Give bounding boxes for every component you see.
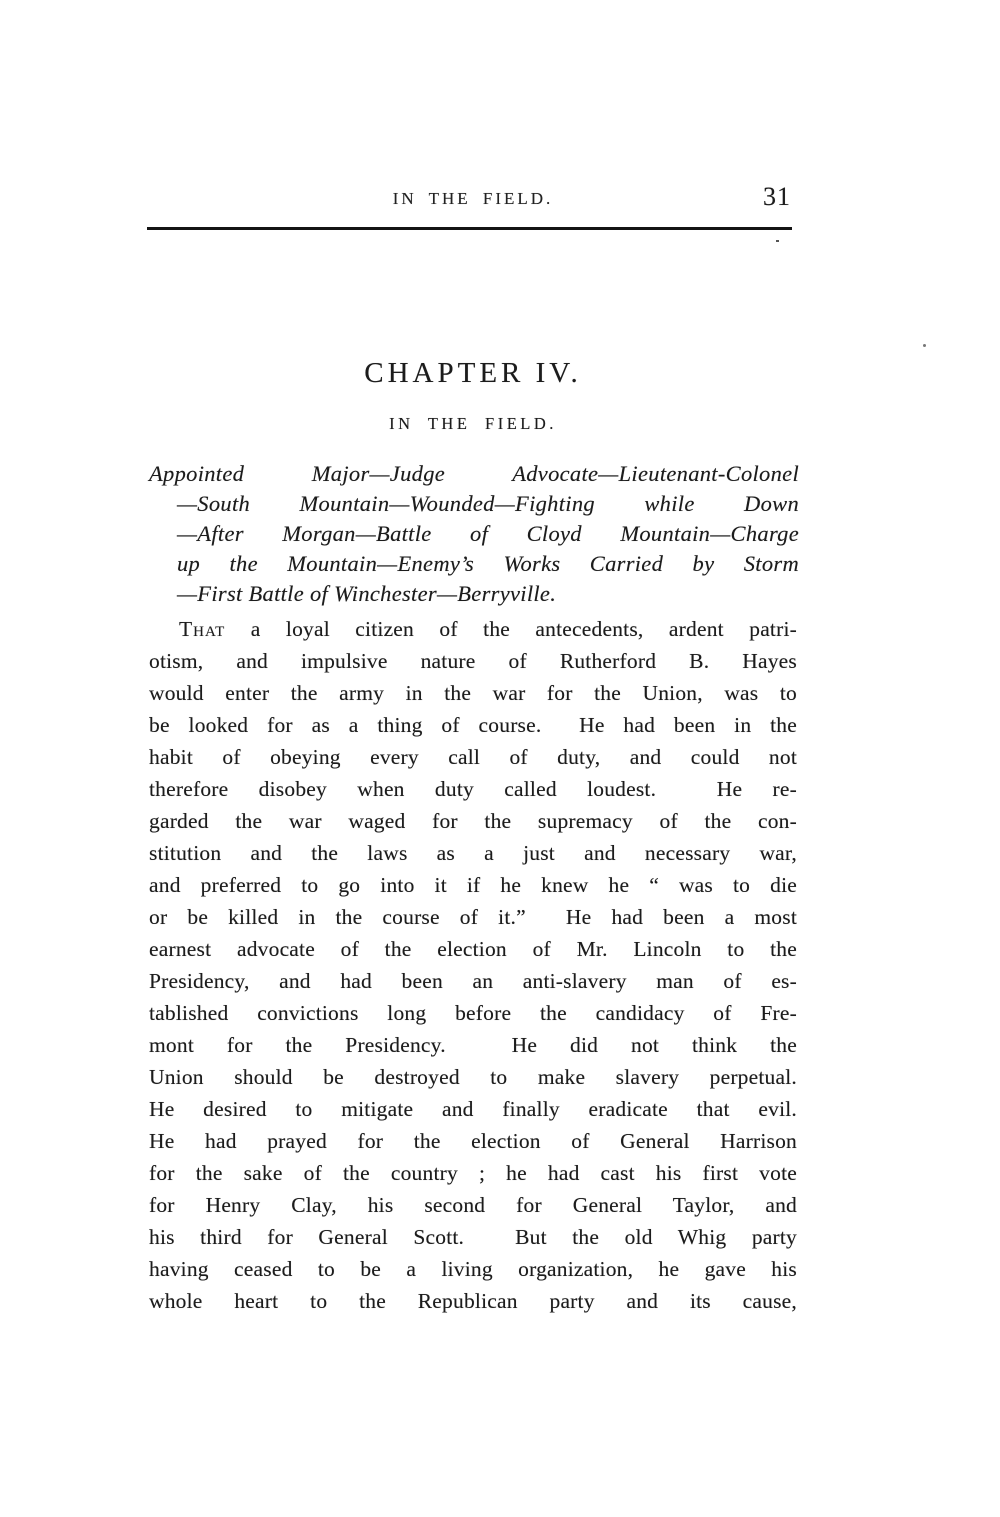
body-line: for Henry Clay, his second for General T…: [149, 1189, 797, 1221]
body-line: would enter the army in the war for the …: [149, 677, 797, 709]
synopsis-line: —First Battle of Winchester—Berryville.: [149, 579, 799, 609]
chapter-subtitle: IN THE FIELD.: [149, 412, 797, 436]
body-line: Union should be destroyed to make slaver…: [149, 1061, 797, 1093]
body-line: tablished convictions long before the ca…: [149, 997, 797, 1029]
body-line: Presidency, and had been an anti-slavery…: [149, 965, 797, 997]
body-line: for the sake of the country ; he had cas…: [149, 1157, 797, 1189]
page-header: IN THE FIELD. 31: [149, 184, 797, 228]
scan-speck: [776, 240, 779, 242]
lead-word-smallcaps: That: [179, 617, 225, 641]
body-line: stitution and the laws as a just and nec…: [149, 837, 797, 869]
body-line: or be killed in the course of it.” He ha…: [149, 901, 797, 933]
document-page: IN THE FIELD. 31 CHAPTER IV. IN THE FIEL…: [0, 0, 1000, 1517]
body-line: garded the war waged for the supremacy o…: [149, 805, 797, 837]
synopsis-line: —South Mountain—Wounded—Fighting while D…: [149, 489, 799, 519]
body-line: having ceased to be a living organizatio…: [149, 1253, 797, 1285]
body-line: mont for the Presidency. He did not thin…: [149, 1029, 797, 1061]
body-line: He desired to mitigate and finally eradi…: [149, 1093, 797, 1125]
body-line: habit of obeying every call of duty, and…: [149, 741, 797, 773]
header-rule: [147, 227, 792, 230]
scan-speck: [923, 344, 926, 347]
synopsis: Appointed Major—Judge Advocate—Lieutenan…: [149, 459, 799, 609]
body-line-first: That a loyal citizen of the antecedents,…: [149, 613, 797, 645]
page-number: 31: [763, 182, 791, 212]
chapter-title: CHAPTER IV.: [149, 356, 797, 390]
body-line: earnest advocate of the election of Mr. …: [149, 933, 797, 965]
body-paragraph: That a loyal citizen of the antecedents,…: [149, 613, 797, 1317]
synopsis-line: up the Mountain—Enemy’s Works Carried by…: [149, 549, 799, 579]
body-line: whole heart to the Republican party and …: [149, 1285, 797, 1317]
body-line: and preferred to go into it if he knew h…: [149, 869, 797, 901]
body-line: otism, and impulsive nature of Rutherfor…: [149, 645, 797, 677]
body-line: therefore disobey when duty called loude…: [149, 773, 797, 805]
body-line: be looked for as a thing of course. He h…: [149, 709, 797, 741]
body-line: his third for General Scott. But the old…: [149, 1221, 797, 1253]
body-line-first-rest: a loyal citizen of the antecedents, arde…: [225, 617, 797, 641]
synopsis-line: Appointed Major—Judge Advocate—Lieutenan…: [149, 459, 799, 489]
running-head-title: IN THE FIELD.: [149, 189, 797, 209]
body-line: He had prayed for the election of Genera…: [149, 1125, 797, 1157]
synopsis-line: —After Morgan—Battle of Cloyd Mountain—C…: [149, 519, 799, 549]
